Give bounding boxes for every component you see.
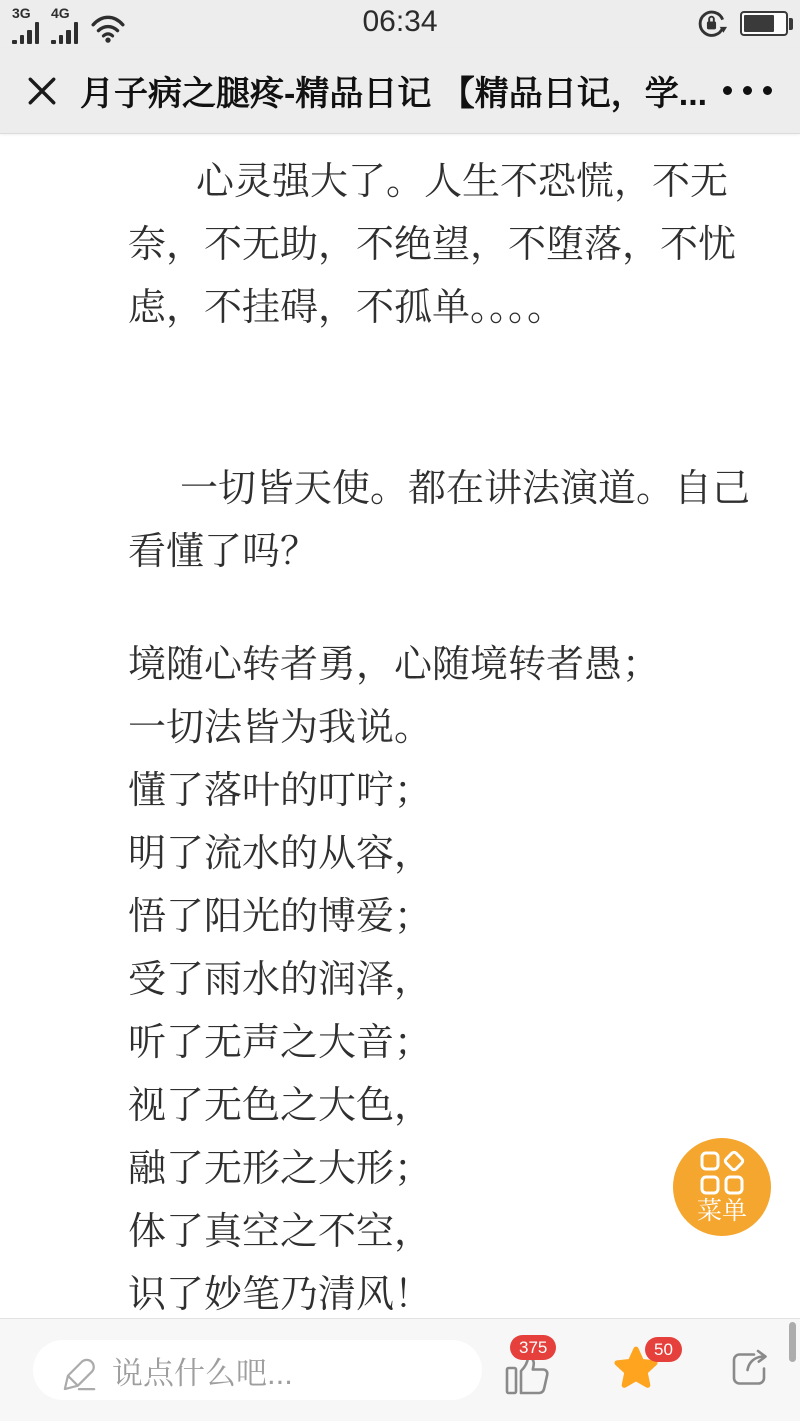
poem-line: 一切法皆为我说。 <box>0 697 800 760</box>
paragraph-1: 心灵强大了。人生不恐慌，不无 奈，不无助，不绝望，不堕落，不忧 虑，不挂碍，不孤… <box>0 151 800 340</box>
pencil-icon <box>55 1348 99 1392</box>
scrollbar-thumb[interactable] <box>789 1322 796 1362</box>
status-time: 06:34 <box>0 5 800 39</box>
bottom-toolbar: 说点什么吧... <box>0 1318 800 1421</box>
poem-line: 境随心转者勇，心随境转者愚； <box>0 634 800 697</box>
star-count-badge: 50 <box>645 1337 682 1362</box>
floating-menu-label: 菜单 <box>697 1199 747 1224</box>
status-right-icons <box>695 7 788 40</box>
text-line: 奈，不无助，不绝望，不堕落，不忧 <box>0 214 800 277</box>
more-menu-icon[interactable] <box>721 78 774 103</box>
text-line: 一切皆天使。都在讲法演道。自己 <box>0 458 800 521</box>
menu-grid-icon <box>699 1150 745 1196</box>
page-title: 月子病之腿疼-精品日记 【精品日记，学... <box>80 66 711 115</box>
poem-line: 悟了阳光的博爱； <box>0 886 800 949</box>
poem-line: 懂了落叶的叮咛； <box>0 760 800 823</box>
rotation-lock-icon <box>695 7 728 40</box>
share-button[interactable] <box>726 1345 772 1391</box>
poem-line: 听了无声之大音； <box>0 1012 800 1075</box>
text-line: 虑，不挂碍，不孤单。。。。 <box>0 277 800 340</box>
text-line: 心灵强大了。人生不恐慌，不无 <box>0 151 800 214</box>
title-bar: 月子病之腿疼-精品日记 【精品日记，学... <box>0 48 800 134</box>
comment-input[interactable]: 说点什么吧... <box>33 1340 482 1400</box>
battery-icon <box>740 11 788 36</box>
poem-line: 受了雨水的润泽， <box>0 949 800 1012</box>
paragraph-2: 一切皆天使。都在讲法演道。自己 看懂了吗？ <box>0 458 800 584</box>
comment-placeholder: 说点什么吧... <box>112 1348 293 1393</box>
poem-line: 明了流水的从容， <box>0 823 800 886</box>
text-line: 看懂了吗？ <box>0 521 800 584</box>
share-icon <box>726 1345 772 1391</box>
close-icon[interactable] <box>26 75 58 107</box>
floating-menu-button[interactable]: 菜单 <box>673 1138 771 1236</box>
screen: 3G 4G 06:34 <box>0 0 800 1421</box>
poem-block: 境随心转者勇，心随境转者愚； 一切法皆为我说。 懂了落叶的叮咛； 明了流水的从容… <box>0 634 800 1327</box>
article-content: 心灵强大了。人生不恐慌，不无 奈，不无助，不绝望，不堕落，不忧 虑，不挂碍，不孤… <box>0 135 800 1327</box>
status-bar: 3G 4G 06:34 <box>0 0 800 48</box>
poem-line: 视了无色之大色， <box>0 1075 800 1138</box>
like-count-badge: 375 <box>510 1335 556 1360</box>
